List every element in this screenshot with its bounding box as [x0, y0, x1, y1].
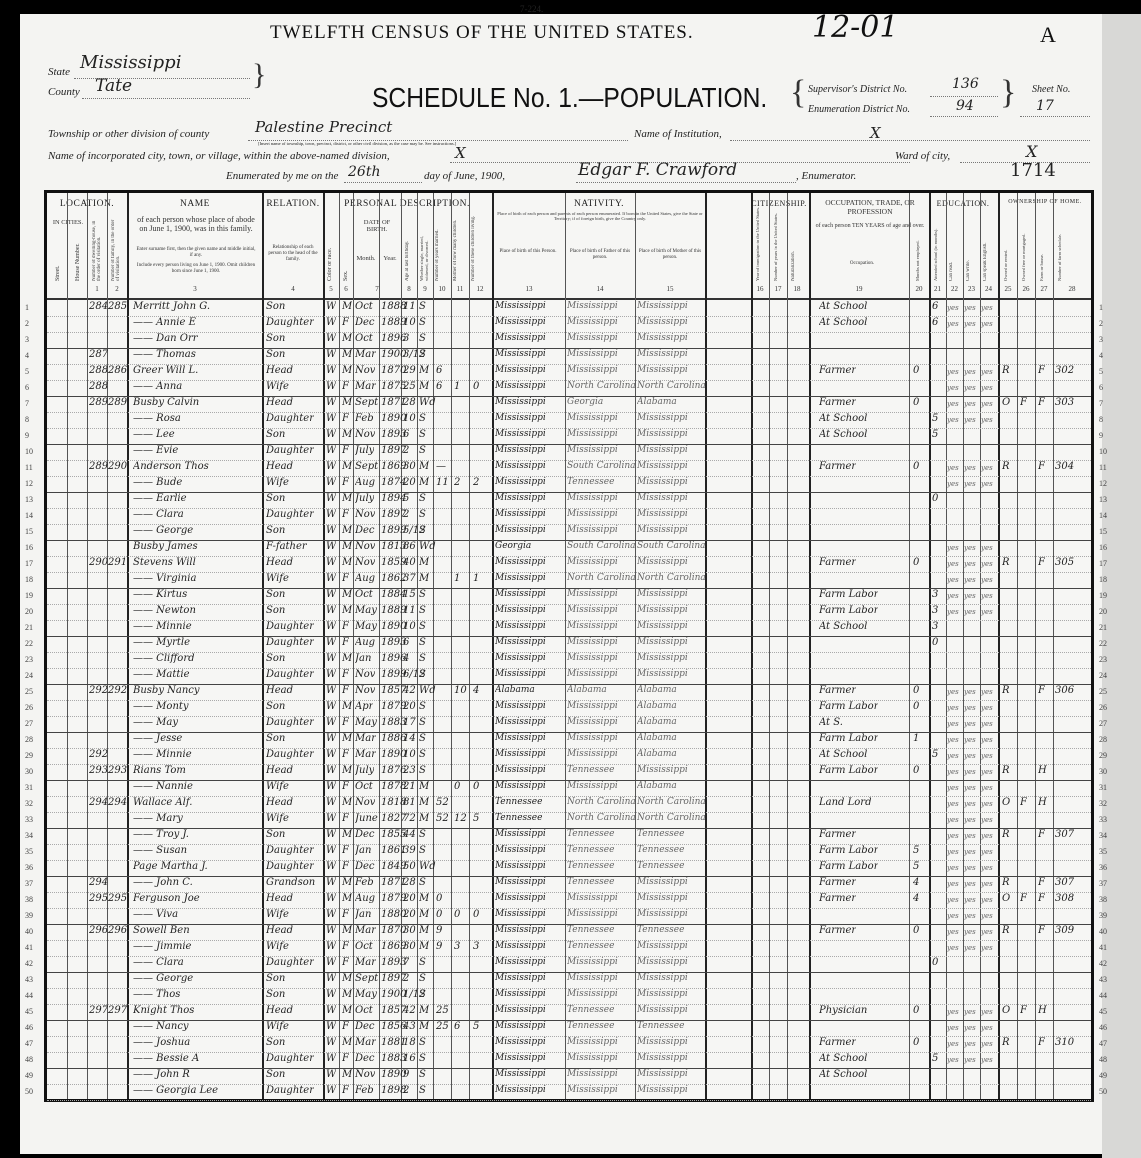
- sex: M: [342, 653, 352, 664]
- birth-month: Mar: [355, 957, 376, 968]
- can-write: yes: [964, 768, 976, 776]
- header-nativity-desc: Place of birth of each person and parent…: [497, 211, 703, 221]
- sex: M: [342, 925, 352, 936]
- sex: M: [342, 365, 352, 376]
- occupation: At School: [819, 1069, 867, 1080]
- birthplace: Mississippi: [495, 893, 546, 903]
- header-occupation-title: OCCUPATION, TRADE, OR PROFESSION: [811, 199, 929, 216]
- relation: Son: [266, 701, 285, 712]
- sex: F: [342, 1085, 349, 1096]
- table-row: 2323—— CliffordSonWMJan18964SMississippi…: [47, 652, 1091, 669]
- birthplace: Mississippi: [495, 717, 546, 727]
- enumeration-label: Enumeration District No.: [808, 104, 910, 115]
- header-months-unemployed: Months not employed.: [915, 243, 920, 281]
- table-row: 44287—— ThomasSonWMMar19003/12SMississip…: [47, 348, 1091, 365]
- institution-value: X: [870, 124, 881, 142]
- header-name: NAME: [129, 199, 261, 209]
- occupation: At School: [819, 317, 867, 328]
- table-row: 1717290291Stevens WillHeadWMNov185940MMi…: [47, 556, 1091, 573]
- line-number: 33: [25, 815, 33, 824]
- color-race: W: [326, 669, 336, 680]
- can-read: yes: [947, 896, 959, 904]
- father-birthplace: Mississippi: [567, 1069, 618, 1079]
- relation: Son: [266, 1037, 285, 1048]
- dwelling-number: 296: [89, 925, 108, 936]
- sex: F: [342, 685, 349, 696]
- township-label: Township or other division of county: [48, 128, 209, 140]
- line-number: 34: [25, 831, 33, 840]
- table-row: 1818—— VirginiaWifeWFAug186237M11Mississ…: [47, 572, 1091, 589]
- person-name: —— Clifford: [133, 653, 195, 664]
- stamp-number: 1714: [1010, 160, 1056, 181]
- table-row: 3131—— NannieWifeWFOct187821M00Mississip…: [47, 780, 1091, 797]
- line-number: 28: [25, 735, 33, 744]
- col-number: 21: [929, 285, 946, 293]
- line-number: 31: [1099, 783, 1107, 792]
- sex: F: [342, 573, 349, 584]
- relation: Head: [266, 893, 293, 904]
- can-read: yes: [947, 464, 959, 472]
- line-number: 12: [25, 479, 33, 488]
- mother-birthplace: Mississippi: [637, 589, 688, 599]
- free-mortgaged: F: [1020, 1005, 1027, 1016]
- table-row: 4949—— John RSonWMNov18909SMississippiMi…: [47, 1068, 1091, 1085]
- header-dwelling-number: Number of dwelling-house, in the order o…: [92, 219, 106, 281]
- occupation: Farm Labor: [819, 765, 878, 776]
- line-number: 10: [25, 447, 33, 456]
- farm-schedule: 303: [1055, 397, 1074, 408]
- color-race: W: [326, 701, 336, 712]
- line-number: 48: [1099, 1055, 1107, 1064]
- owned-rented: O: [1002, 397, 1010, 408]
- line-number: 42: [25, 959, 33, 968]
- color-race: W: [326, 909, 336, 920]
- can-speak-english: yes: [981, 1024, 993, 1032]
- header-dob: DATE OF BIRTH.: [353, 219, 401, 234]
- birth-month: Sept: [355, 973, 378, 984]
- color-race: W: [326, 973, 336, 984]
- birth-month: May: [355, 621, 377, 632]
- header-farm-schedule: Number of farm schedule.: [1057, 219, 1062, 281]
- relation: Daughter: [266, 861, 314, 872]
- relation: Daughter: [266, 317, 314, 328]
- line-number: 37: [25, 879, 33, 888]
- farm-house: F: [1038, 829, 1045, 840]
- can-speak-english: yes: [981, 480, 993, 488]
- years-married: 0: [436, 893, 442, 904]
- occupation: At S.: [819, 717, 843, 728]
- line-number: 25: [1099, 687, 1107, 696]
- age: 11: [403, 301, 416, 312]
- person-name: —— Annie E: [133, 317, 196, 328]
- birthplace: Mississippi: [495, 621, 546, 631]
- color-race: W: [326, 317, 336, 328]
- relation: Daughter: [266, 509, 314, 520]
- color-race: W: [326, 477, 336, 488]
- age: 25: [403, 381, 416, 392]
- table-row: 1414—— ClaraDaughterWFNov18972SMississip…: [47, 508, 1091, 525]
- line-number: 13: [1099, 495, 1107, 504]
- person-name: —— Clara: [133, 957, 184, 968]
- header-color: Color or race.: [327, 241, 333, 281]
- line-number: 41: [25, 943, 33, 952]
- relation: Son: [266, 1069, 285, 1080]
- marital-status: S: [419, 1053, 426, 1064]
- person-name: —— Dan Orr: [133, 333, 198, 344]
- table-row: 1111289290Anderson ThosHeadWMSept186930M…: [47, 460, 1091, 477]
- color-race: W: [326, 301, 336, 312]
- marital-status: M: [419, 1021, 429, 1032]
- table-row: 2222—— MyrtleDaughterWFAug18936SMississi…: [47, 636, 1091, 653]
- can-speak-english: yes: [981, 784, 993, 792]
- sheet-value: 17: [1036, 98, 1054, 114]
- color-race: W: [326, 861, 336, 872]
- birthplace: Mississippi: [495, 1037, 546, 1047]
- children-living: 3: [473, 941, 479, 952]
- can-speak-english: yes: [981, 1008, 993, 1016]
- person-name: —— Nancy: [133, 1021, 189, 1032]
- occupation: Farm Labor: [819, 845, 878, 856]
- sex: M: [342, 733, 352, 744]
- marital-status: S: [419, 845, 426, 856]
- can-write: yes: [964, 800, 976, 808]
- relation: Wife: [266, 941, 289, 952]
- header-can-write: Can write.: [966, 253, 971, 281]
- birth-month: Nov: [355, 1069, 375, 1080]
- father-birthplace: Mississippi: [567, 1053, 618, 1063]
- birthplace: Tennessee: [495, 813, 542, 823]
- can-speak-english: yes: [981, 944, 993, 952]
- table-row: 3333—— MaryWifeWFJune182772M52125Tenness…: [47, 812, 1091, 829]
- col-number: 1: [87, 285, 107, 293]
- marital-status: Wd: [419, 541, 436, 552]
- table-row: 3030293293Rians TomHeadWMJuly187623SMiss…: [47, 764, 1091, 781]
- color-race: W: [326, 1021, 336, 1032]
- color-race: W: [326, 781, 336, 792]
- dwelling-number: 284: [89, 301, 108, 312]
- marital-status: S: [419, 429, 426, 440]
- children-born: 1: [454, 573, 460, 584]
- person-name: —— Viva: [133, 909, 178, 920]
- years-married: 52: [436, 813, 449, 824]
- table-row: 3535—— SusanDaughterWFJan186139SMississi…: [47, 844, 1091, 861]
- father-birthplace: Alabama: [567, 685, 607, 695]
- color-race: W: [326, 941, 336, 952]
- can-speak-english: yes: [981, 576, 993, 584]
- can-speak-english: yes: [981, 416, 993, 424]
- relation: Head: [266, 461, 293, 472]
- table-row: 33—— Dan OrrSonWMOct18963SMississippiMis…: [47, 332, 1091, 349]
- farm-house: F: [1038, 397, 1045, 408]
- birth-month: Feb: [355, 413, 374, 424]
- color-race: W: [326, 989, 336, 1000]
- age: 37: [403, 573, 416, 584]
- father-birthplace: Mississippi: [567, 717, 618, 727]
- birth-month: Nov: [355, 365, 375, 376]
- header-sex: Sex.: [343, 265, 349, 281]
- can-write: yes: [964, 832, 976, 840]
- header-farm-house: Farm or house.: [1039, 239, 1044, 281]
- line-number: 23: [25, 655, 33, 664]
- school-months: 5: [932, 429, 938, 440]
- years-married: 6: [436, 381, 442, 392]
- occupation: At School: [819, 621, 867, 632]
- can-read: yes: [947, 704, 959, 712]
- marital-status: M: [419, 941, 429, 952]
- birth-month: Nov: [355, 685, 375, 696]
- table-header: LOCATION. IN CITIES. Street. House Numbe…: [47, 193, 1091, 300]
- owned-rented: R: [1002, 829, 1010, 840]
- years-married: —: [436, 461, 446, 472]
- marital-status: S: [419, 957, 426, 968]
- birthplace: Mississippi: [495, 509, 546, 519]
- can-read: yes: [947, 320, 959, 328]
- line-number: 28: [1099, 735, 1107, 744]
- mother-birthplace: Alabama: [637, 781, 677, 791]
- sex: M: [342, 557, 352, 568]
- occupation: Farm Labor: [819, 605, 878, 616]
- institution-line: [730, 140, 1090, 141]
- color-race: W: [326, 797, 336, 808]
- can-speak-english: yes: [981, 368, 993, 376]
- years-married: 25: [436, 1021, 449, 1032]
- birthplace: Mississippi: [495, 845, 546, 855]
- age: 81: [403, 797, 416, 808]
- birthplace: Mississippi: [495, 413, 546, 423]
- col-number: 28: [1053, 285, 1091, 293]
- farm-house: F: [1038, 685, 1045, 696]
- birthplace: Mississippi: [495, 589, 546, 599]
- children-born: 6: [454, 1021, 460, 1032]
- age: 20: [403, 477, 416, 488]
- father-birthplace: Mississippi: [567, 669, 618, 679]
- marital-status: M: [419, 813, 429, 824]
- person-name: —— Newton: [133, 605, 196, 616]
- line-number: 19: [25, 591, 33, 600]
- line-number: 3: [1099, 335, 1103, 344]
- color-race: W: [326, 637, 336, 648]
- color-race: W: [326, 413, 336, 424]
- can-speak-english: yes: [981, 880, 993, 888]
- birthplace: Mississippi: [495, 861, 546, 871]
- sex: M: [342, 397, 352, 408]
- occupation: Farm Labor: [819, 861, 878, 872]
- line-number: 3: [25, 335, 29, 344]
- line-number: 16: [25, 543, 33, 552]
- months-unemployed: 0: [913, 461, 919, 472]
- occupation: At School: [819, 429, 867, 440]
- col-number: 6: [339, 285, 353, 293]
- birthplace: Alabama: [495, 685, 535, 695]
- can-read: yes: [947, 880, 959, 888]
- can-read: yes: [947, 928, 959, 936]
- relation: Daughter: [266, 717, 314, 728]
- family-number: 297: [108, 1005, 127, 1016]
- age: 42: [403, 1005, 416, 1016]
- line-number: 9: [25, 431, 29, 440]
- line-number: 14: [1099, 511, 1107, 520]
- color-race: W: [326, 1005, 336, 1016]
- can-read: yes: [947, 1024, 959, 1032]
- col-number: 9: [417, 285, 433, 293]
- can-read: yes: [947, 1056, 959, 1064]
- line-number: 7: [1099, 399, 1103, 408]
- table-row: 2424—— MattieDaughterWFNov18996/12SMissi…: [47, 668, 1091, 685]
- can-write: yes: [964, 1040, 976, 1048]
- color-race: W: [326, 333, 336, 344]
- marital-status: S: [419, 749, 426, 760]
- can-speak-english: yes: [981, 720, 993, 728]
- line-number: 2: [1099, 319, 1103, 328]
- birthplace: Mississippi: [495, 749, 546, 759]
- occupation: Farmer: [819, 877, 856, 888]
- family-number: 294: [108, 797, 127, 808]
- age: 4: [403, 653, 409, 664]
- line-number: 8: [1099, 415, 1103, 424]
- age: 23: [403, 765, 416, 776]
- relation: Son: [266, 333, 285, 344]
- header-occupation: Occupation.: [817, 261, 907, 267]
- col-number: 15: [635, 285, 705, 293]
- can-speak-english: yes: [981, 1056, 993, 1064]
- age: 2: [403, 445, 409, 456]
- birth-month: Oct: [355, 301, 373, 312]
- months-unemployed: 0: [913, 1037, 919, 1048]
- can-speak-english: yes: [981, 400, 993, 408]
- table-row: 2121—— MinnieDaughterWFMay189010SMississ…: [47, 620, 1091, 637]
- line-number: 36: [25, 863, 33, 872]
- can-write: yes: [964, 464, 976, 472]
- mother-birthplace: Mississippi: [637, 909, 688, 919]
- color-race: W: [326, 653, 336, 664]
- sex: F: [342, 781, 349, 792]
- farm-house: F: [1038, 365, 1045, 376]
- mother-birthplace: Alabama: [637, 685, 677, 695]
- father-birthplace: Mississippi: [567, 333, 618, 343]
- owned-rented: R: [1002, 685, 1010, 696]
- age: 16: [403, 1053, 416, 1064]
- father-birthplace: Mississippi: [567, 989, 618, 999]
- can-write: yes: [964, 384, 976, 392]
- can-write: yes: [964, 320, 976, 328]
- can-read: yes: [947, 832, 959, 840]
- mother-birthplace: Mississippi: [637, 1069, 688, 1079]
- relation: Wife: [266, 909, 289, 920]
- mother-birthplace: Alabama: [637, 701, 677, 711]
- children-born: 12: [454, 813, 467, 824]
- color-race: W: [326, 765, 336, 776]
- birth-month: Mar: [355, 749, 376, 760]
- sex: F: [342, 749, 349, 760]
- birthplace: Mississippi: [495, 493, 546, 503]
- col-number: 19: [809, 285, 909, 293]
- mother-birthplace: Mississippi: [637, 349, 688, 359]
- can-write: yes: [964, 896, 976, 904]
- years-married: 25: [436, 1005, 449, 1016]
- birthplace: Mississippi: [495, 381, 546, 391]
- mother-birthplace: Mississippi: [637, 509, 688, 519]
- months-unemployed: 0: [913, 397, 919, 408]
- sex: M: [342, 1037, 352, 1048]
- marital-status: S: [419, 637, 426, 648]
- line-number: 19: [1099, 591, 1107, 600]
- birthplace: Mississippi: [495, 637, 546, 647]
- birthplace: Mississippi: [495, 557, 546, 567]
- occupation: Farmer: [819, 893, 856, 904]
- age: 2: [403, 1085, 409, 1096]
- owned-rented: R: [1002, 765, 1010, 776]
- mother-birthplace: North Carolina: [637, 381, 706, 391]
- color-race: W: [326, 813, 336, 824]
- person-name: —— Mary: [133, 813, 183, 824]
- col-number: 18: [787, 285, 807, 293]
- line-number: 17: [1099, 559, 1107, 568]
- color-race: W: [326, 397, 336, 408]
- father-birthplace: Mississippi: [567, 781, 618, 791]
- age: 72: [403, 813, 416, 824]
- birth-month: Nov: [355, 797, 375, 808]
- person-name: Busby Calvin: [133, 397, 199, 408]
- person-name: Page Martha J.: [133, 861, 208, 872]
- mother-birthplace: Mississippi: [637, 621, 688, 631]
- sex: M: [342, 493, 352, 504]
- birth-month: Oct: [355, 781, 373, 792]
- line-number: 24: [25, 671, 33, 680]
- sex: M: [342, 973, 352, 984]
- owned-rented: R: [1002, 877, 1010, 888]
- line-number: 18: [1099, 575, 1107, 584]
- birth-month: Mar: [355, 733, 376, 744]
- children-living: 1: [473, 573, 479, 584]
- age: 86: [403, 541, 416, 552]
- enumerator-line: [576, 182, 796, 183]
- line-number: 46: [1099, 1023, 1107, 1032]
- occupation: Physician: [819, 1005, 867, 1016]
- father-birthplace: South Carolina: [567, 461, 636, 471]
- age: 7: [403, 957, 409, 968]
- birth-month: May: [355, 717, 377, 728]
- marital-status: Wd: [419, 685, 436, 696]
- person-name: —— Bessie A: [133, 1053, 199, 1064]
- children-born: 3: [454, 941, 460, 952]
- can-write: yes: [964, 864, 976, 872]
- line-number: 12: [1099, 479, 1107, 488]
- can-read: yes: [947, 816, 959, 824]
- mother-birthplace: Alabama: [637, 733, 677, 743]
- father-birthplace: Mississippi: [567, 413, 618, 423]
- line-number: 10: [1099, 447, 1107, 456]
- line-number: 36: [1099, 863, 1107, 872]
- birthplace: Mississippi: [495, 317, 546, 327]
- line-number: 20: [1099, 607, 1107, 616]
- mother-birthplace: North Carolina: [637, 573, 706, 583]
- can-speak-english: yes: [981, 560, 993, 568]
- birthplace: Mississippi: [495, 349, 546, 359]
- line-number: 22: [25, 639, 33, 648]
- sex: F: [342, 1021, 349, 1032]
- person-name: Anderson Thos: [133, 461, 209, 472]
- birthplace: Mississippi: [495, 653, 546, 663]
- color-race: W: [326, 605, 336, 616]
- birthplace: Mississippi: [495, 525, 546, 535]
- header-in-cities: IN CITIES.: [49, 219, 87, 226]
- birthplace: Mississippi: [495, 301, 546, 311]
- can-read: yes: [947, 688, 959, 696]
- family-number: 286: [108, 365, 127, 376]
- line-number: 40: [25, 927, 33, 936]
- line-number: 27: [25, 719, 33, 728]
- birthplace: Mississippi: [495, 1005, 546, 1015]
